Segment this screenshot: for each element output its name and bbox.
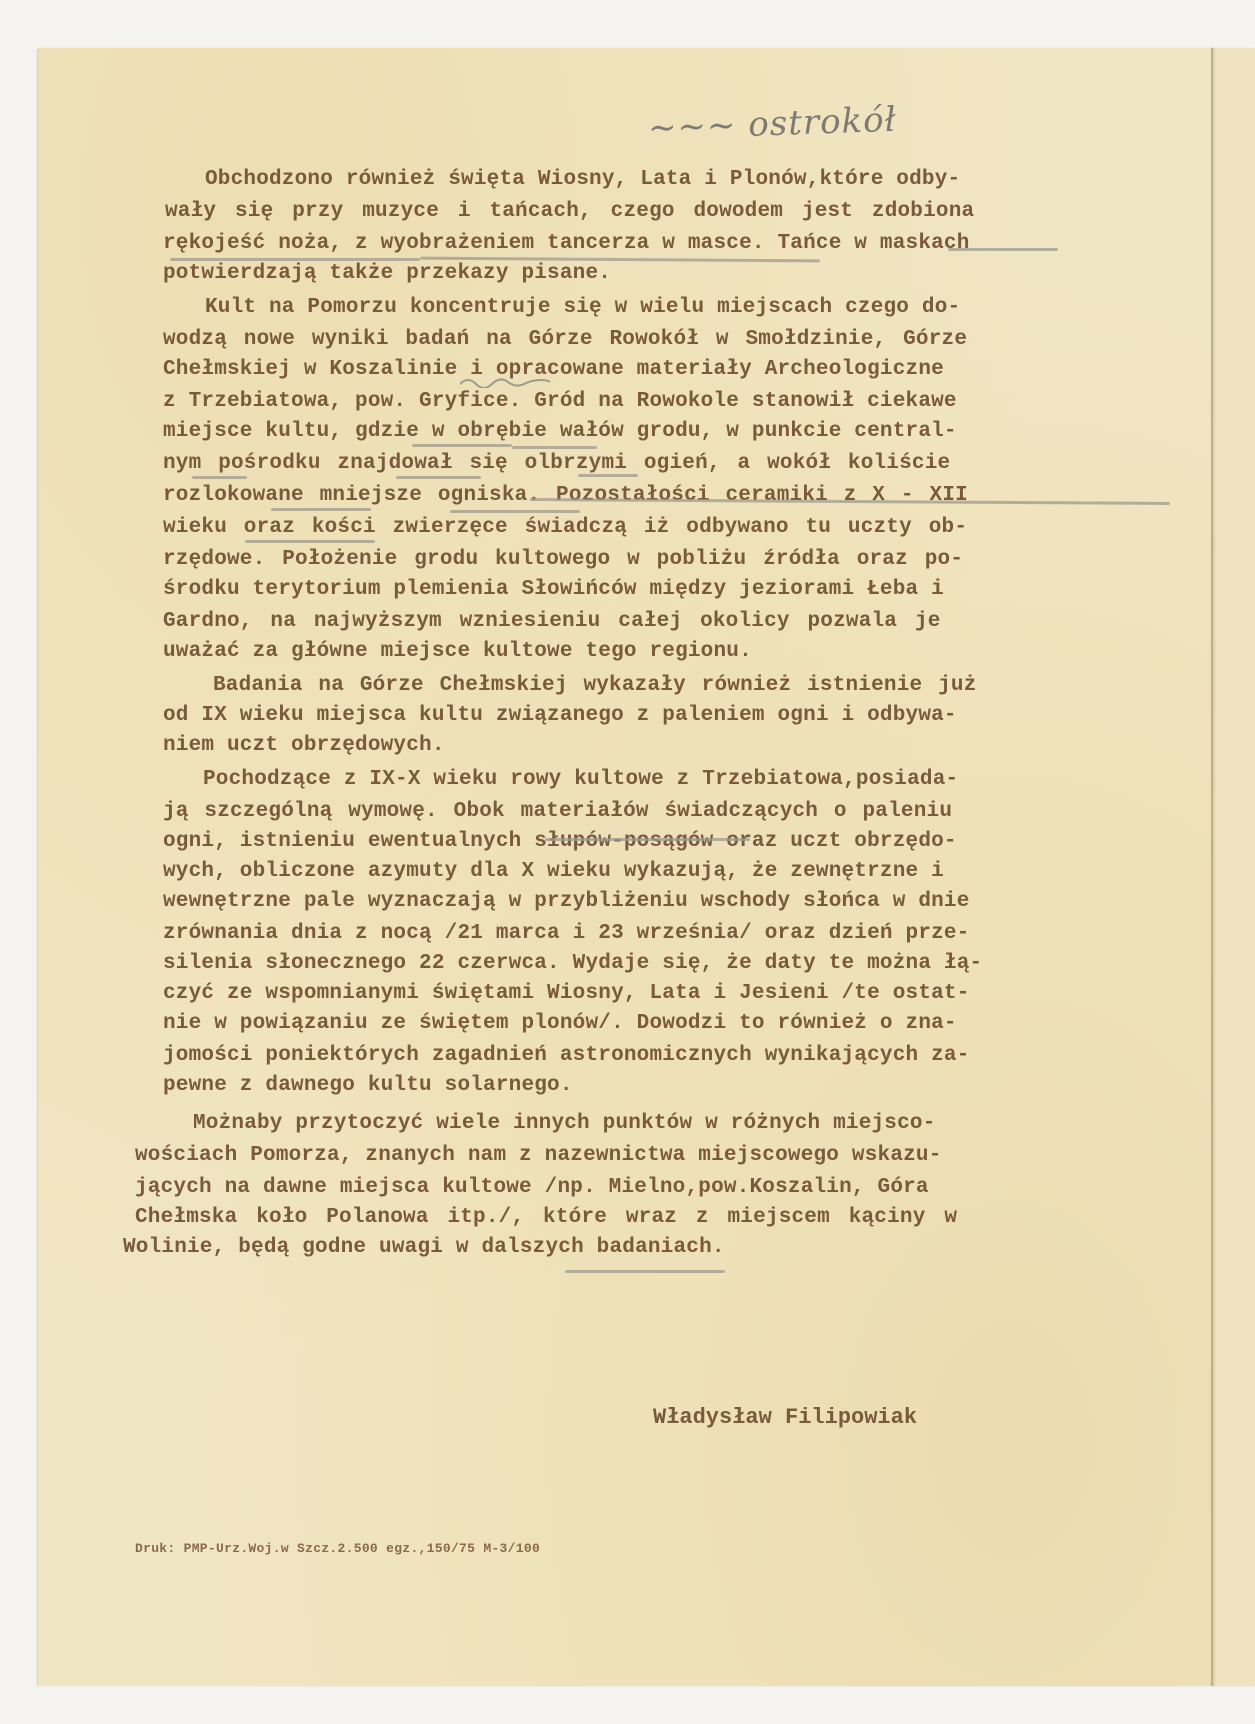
text-line: zrównania dnia z nocą /21 marca i 23 wrz… bbox=[163, 922, 970, 945]
text-line: uważać za główne miejsce kultowe tego re… bbox=[163, 640, 752, 663]
pencil-underline bbox=[170, 258, 420, 261]
text-line: wały się przy muzyce i tańcach, czego do… bbox=[165, 200, 974, 223]
pencil-wavy-underline bbox=[460, 376, 550, 388]
text-line: ją szczególną wymowę. Obok materiałów św… bbox=[163, 800, 952, 823]
text-line: jomości poniektórych zagadnień astronomi… bbox=[163, 1044, 970, 1067]
pencil-underline bbox=[565, 1270, 725, 1273]
pencil-underline bbox=[271, 508, 371, 511]
pencil-underline bbox=[396, 476, 481, 479]
text-line: pewne z dawnego kultu solarnego. bbox=[163, 1074, 573, 1097]
pencil-underline bbox=[545, 838, 750, 841]
pencil-underline bbox=[192, 476, 247, 479]
text-line: Badania na Górze Chełmskiej wykazały rów… bbox=[213, 674, 977, 697]
text-line: wych, obliczone azymuty dla X wieku wyka… bbox=[163, 860, 944, 883]
author-signature: Władysław Filipowiak bbox=[653, 1405, 917, 1430]
text-line: wościach Pomorza, znanych nam z nazewnic… bbox=[135, 1144, 942, 1167]
pencil-underline bbox=[245, 540, 375, 543]
typewritten-body: Obchodzono również święta Wiosny, Lata i… bbox=[0, 0, 26, 1035]
text-line: Obchodzono również święta Wiosny, Lata i… bbox=[205, 168, 960, 191]
text-line: Chełmska koło Polanowa itp./, które wraz… bbox=[135, 1206, 957, 1229]
text-line: Chełmskiej w Koszalinie i opracowane mat… bbox=[163, 358, 944, 381]
text-line: silenia słonecznego 22 czerwca. Wydaje s… bbox=[163, 952, 982, 975]
pencil-underline bbox=[450, 510, 580, 513]
text-line: Kult na Pomorzu koncentruje się w wielu … bbox=[205, 296, 960, 319]
text-line: rozlokowane mniejsze ogniska. Pozostałoś… bbox=[163, 484, 968, 507]
text-line: Pochodzące z IX-X wieku rowy kultowe z T… bbox=[203, 768, 958, 791]
text-line: wieku oraz kości zwierzęce świadczą iż o… bbox=[163, 516, 967, 539]
text-line: Wolinie, będą godne uwagi w dalszych bad… bbox=[123, 1236, 725, 1259]
folded-page-edge bbox=[1213, 48, 1255, 1686]
text-line: nie w powiązaniu ze świętem plonów/. Dow… bbox=[163, 1012, 957, 1035]
text-line: środku terytorium plemienia Słowińców mi… bbox=[163, 578, 944, 601]
page-fold-line bbox=[1211, 48, 1213, 1686]
text-line: potwierdzają także przekazy pisane. bbox=[163, 262, 611, 285]
pencil-underline bbox=[948, 248, 1058, 251]
pencil-underline bbox=[512, 446, 597, 449]
text-line: ogni, istnieniu ewentualnych słupów-posą… bbox=[163, 830, 957, 853]
text-line: nym pośrodku znajdował się olbrzymi ogie… bbox=[163, 452, 950, 475]
text-line: jących na dawne miejsca kultowe /np. Mie… bbox=[135, 1176, 929, 1199]
text-line: Gardno, na najwyższym wzniesieniu całej … bbox=[163, 610, 941, 633]
text-line: Możnaby przytoczyć wiele innych punktów … bbox=[193, 1112, 936, 1135]
text-line: z Trzebiatowa, pow. Gryfice. Gród na Row… bbox=[163, 390, 957, 413]
pencil-underline bbox=[578, 474, 638, 477]
text-line: miejsce kultu, gdzie w obrębie wałów gro… bbox=[163, 420, 957, 443]
printer-imprint: Druk: PMP-Urz.Woj.w Szcz.2.500 egz.,150/… bbox=[135, 1541, 540, 1556]
text-line: niem uczt obrzędowych. bbox=[163, 734, 445, 757]
text-line: wodzą nowe wyniki badań na Górze Rowokół… bbox=[163, 328, 967, 351]
text-line: rzędowe. Położenie grodu kultowego w pob… bbox=[163, 548, 963, 571]
text-line: rękojeść noża, z wyobrażeniem tancerza w… bbox=[163, 232, 970, 255]
text-line: czyć ze wspomnianymi świętami Wiosny, La… bbox=[163, 982, 970, 1005]
text-line: wewnętrzne pale wyznaczają w przybliżeni… bbox=[163, 890, 970, 913]
pencil-underline bbox=[412, 444, 512, 447]
text-line: od IX wieku miejsca kultu związanego z p… bbox=[163, 704, 957, 727]
